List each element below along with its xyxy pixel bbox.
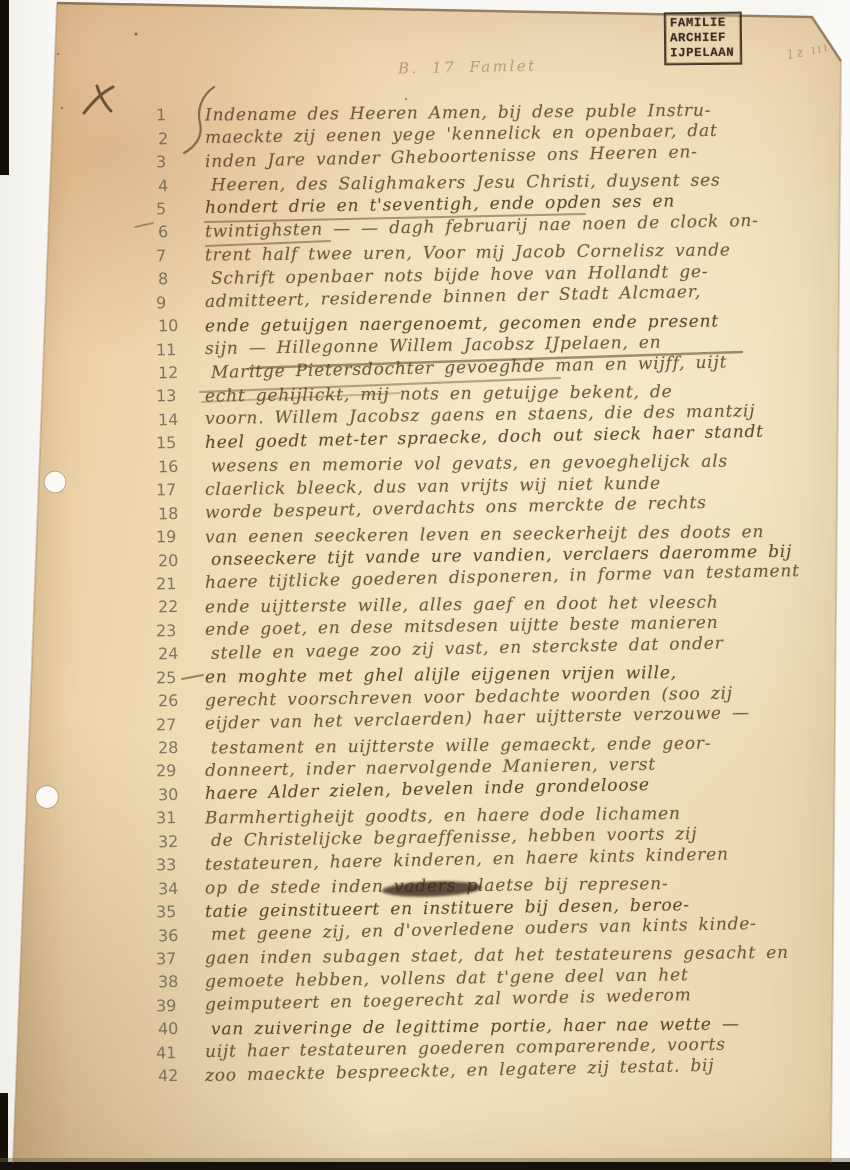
line-number: 26: [152, 691, 207, 711]
manuscript-row: 15heel goedt met-ter spraecke, doch out …: [150, 431, 836, 454]
manuscript-row: 10ende getuijgen naergenoemt, gecomen en…: [150, 314, 836, 337]
header-annotation: B. 17 Famlet: [398, 57, 537, 78]
line-number: 1: [150, 105, 205, 125]
scan-border-strip: [0, 1162, 850, 1170]
line-number: 27: [150, 714, 205, 734]
scan-border-strip: [0, 1093, 8, 1170]
line-number: 9: [150, 292, 205, 312]
line-number: 41: [150, 1042, 205, 1062]
line-number: 3: [150, 152, 205, 172]
line-number: 12: [152, 363, 207, 383]
manuscript-row: 24stelle en vaege zoo zij vast, en sterc…: [150, 642, 836, 665]
archive-stamp: FAMILIE ARCHIEF IJPELAAN: [664, 12, 743, 66]
manuscript-row: 12Maritge Pietersdochter gevoeghde man e…: [150, 361, 836, 384]
line-number: 21: [150, 573, 205, 593]
line-number: 7: [150, 245, 205, 265]
manuscript-line-text: gaen inden subagen staet, dat het testat…: [205, 943, 789, 969]
line-number: 18: [152, 503, 207, 523]
stamp-line: IJPELAAN: [670, 46, 736, 62]
manuscript-row: 7trent half twee uren, Voor mij Jacob Co…: [150, 244, 836, 267]
stamp-line: FAMILIE: [670, 16, 736, 32]
manuscript-row: 6twintighsten — — dagh februarij nae noe…: [150, 220, 836, 243]
line-number: 16: [152, 456, 207, 476]
manuscript-line-text: op de stede inden vaders plaetse bij rep…: [205, 874, 669, 898]
line-number: 24: [152, 644, 207, 664]
line-number: 2: [152, 128, 207, 148]
line-number: 19: [150, 527, 205, 547]
line-number: 35: [150, 902, 205, 922]
line-number: 11: [150, 339, 205, 359]
manuscript-row: 37gaen inden subagen staet, dat het test…: [150, 947, 836, 970]
line-number: 38: [152, 972, 207, 992]
manuscript-row: 1Indename des Heeren Amen, bij dese publ…: [150, 103, 836, 126]
manuscript-lines: 1Indename des Heeren Amen, bij dese publ…: [150, 103, 836, 1087]
line-number: 39: [150, 995, 205, 1015]
stamp-line: ARCHIEF: [670, 31, 736, 47]
line-number: 32: [152, 831, 207, 851]
line-number: 23: [150, 620, 205, 640]
line-number: 20: [152, 550, 207, 570]
manuscript-row: 34op de stede inden vaders plaetse bij r…: [150, 876, 836, 899]
line-number: 31: [150, 808, 205, 828]
manuscript-row: 16wesens en memorie vol gevats, en gevoe…: [150, 455, 836, 478]
line-number: 42: [152, 1066, 207, 1086]
line-number: 25: [150, 667, 205, 687]
manuscript-line-text: en moghte met ghel alijle eijgenen vrije…: [205, 663, 677, 688]
manuscript-row: 18worde bespeurt, overdachts ons merckte…: [150, 501, 836, 524]
scanned-page: FAMILIE ARCHIEF IJPELAAN B. 17 Famlet 1ƶ…: [0, 0, 850, 1170]
line-number: 36: [152, 925, 207, 945]
line-number: 30: [152, 784, 207, 804]
manuscript-row: 21haere tijtlicke goederen disponeren, i…: [150, 572, 836, 595]
line-number: 15: [150, 433, 205, 453]
line-number: 28: [152, 738, 207, 758]
manuscript-row: 9admitteert, residerende binnen der Stad…: [150, 291, 836, 314]
line-number: 34: [152, 878, 207, 898]
line-number: 6: [152, 222, 207, 242]
manuscript-row: 28testament en uijtterste wille gemaeckt…: [150, 736, 836, 759]
line-number: 29: [150, 761, 205, 781]
manuscript-row: 25en moghte met ghel alijle eijgenen vri…: [150, 666, 836, 689]
manuscript-row: 30haere Alder zielen, bevelen inde grond…: [150, 783, 836, 806]
manuscript-row: 3inden Jare vander Gheboortenisse ons He…: [150, 150, 836, 173]
line-number: 14: [152, 409, 207, 429]
line-number: 8: [152, 269, 207, 289]
manuscript-row: 33testateuren, haere kinderen, en haere …: [150, 853, 836, 876]
scan-border-strip: [0, 0, 9, 175]
line-number: 17: [150, 480, 205, 500]
line-number: 5: [150, 198, 205, 218]
line-number: 4: [152, 175, 207, 195]
line-number: 10: [152, 316, 207, 336]
manuscript-row: 27eijder van het verclaerden) haer uijtt…: [150, 712, 836, 735]
manuscript-row: 42zoo maeckte bespreeckte, en legatere z…: [150, 1064, 836, 1087]
line-number: 13: [150, 386, 205, 406]
line-number: 33: [150, 855, 205, 875]
line-number: 37: [150, 948, 205, 968]
line-number: 22: [152, 597, 207, 617]
line-number: 40: [152, 1019, 207, 1039]
